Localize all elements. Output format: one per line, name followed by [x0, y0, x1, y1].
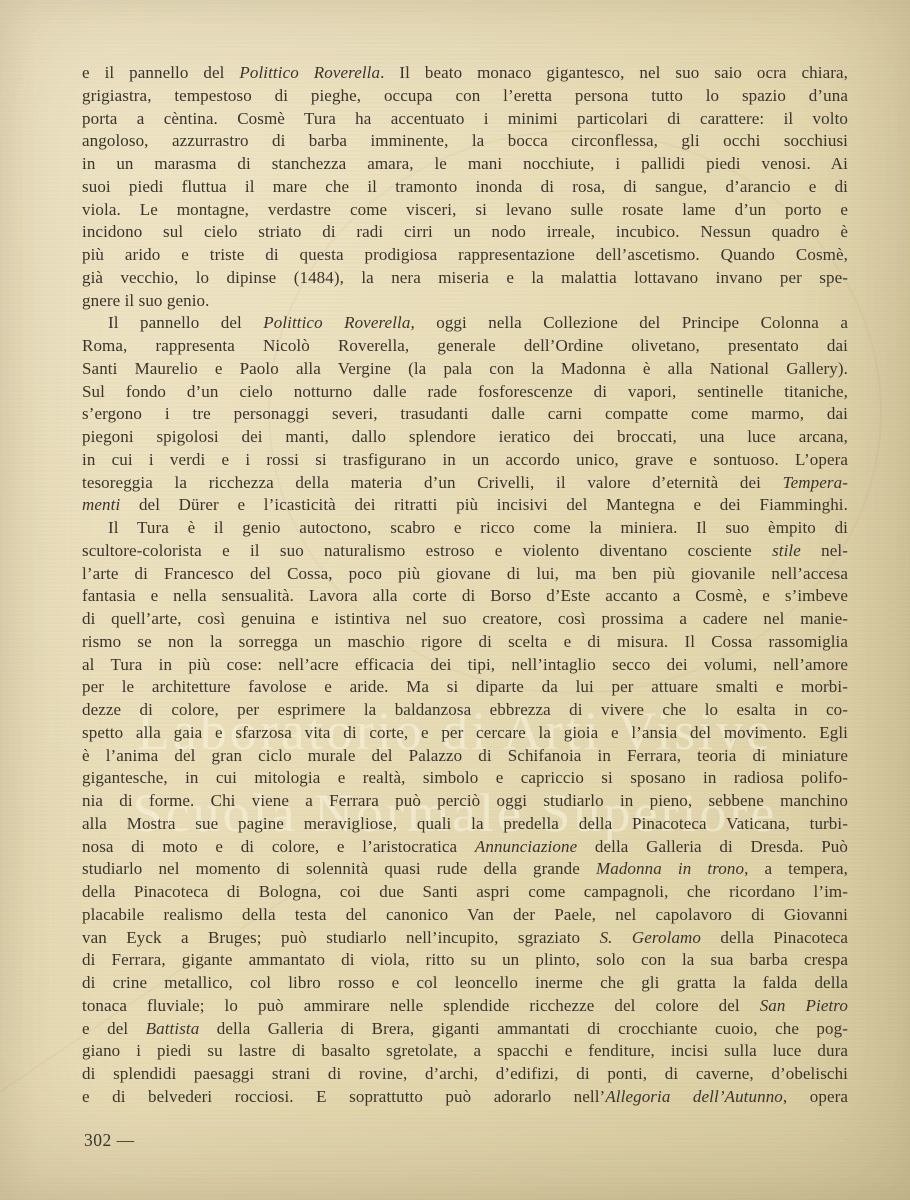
- text-line: già vecchio, lo dipinse (1484), la nera …: [82, 267, 848, 290]
- text-line: di Ferrara, gigante ammantato di viola, …: [82, 949, 848, 972]
- text-line: tonaca fluviale; lo può ammirare nelle s…: [82, 995, 848, 1018]
- text-line: studiarlo nel momento di solennità quasi…: [82, 858, 848, 881]
- text-line: Santi Maurelio e Paolo alla Vergine (la …: [82, 358, 848, 381]
- text-line: alla Mostra sue pagine meravigliose, qua…: [82, 813, 848, 836]
- text-line: di quell’arte, così genuina e istintiva …: [82, 608, 848, 631]
- text-line: Il pannello del Polittico Roverella, ogg…: [82, 312, 848, 335]
- text-line: scultore-colorista e il suo naturalismo …: [82, 540, 848, 563]
- body-text: e il pannello del Polittico Roverella. I…: [82, 62, 848, 1109]
- text-line: menti del Dürer e l’icasticità dei ritra…: [82, 494, 848, 517]
- text-line: giano i piedi su lastre di basalto sgret…: [82, 1040, 848, 1063]
- text-line: spetto alla gaia e sfarzosa vita di cort…: [82, 722, 848, 745]
- text-line: di splendidi paesaggi strani di rovine, …: [82, 1063, 848, 1086]
- text-line: tesoreggia la ricchezza della materia d’…: [82, 472, 848, 495]
- text-line: rismo se non la sorregga un maschio rigo…: [82, 631, 848, 654]
- text-line: Roma, rappresenta Nicolò Roverella, gene…: [82, 335, 848, 358]
- text-line: l’arte di Francesco del Cossa, poco più …: [82, 563, 848, 586]
- text-line: fantasia e nella sensualità. Lavora alla…: [82, 585, 848, 608]
- text-line: per le architetture favolose e aride. Ma…: [82, 676, 848, 699]
- text-line: van Eyck a Bruges; può studiarlo nell’in…: [82, 927, 848, 950]
- text-line: nia di forme. Chi viene a Ferrara può pe…: [82, 790, 848, 813]
- text-line: al Tura in più cose: nell’acre efficacia…: [82, 654, 848, 677]
- text-line: placabile realismo della testa del canon…: [82, 904, 848, 927]
- text-line: suoi piedi fluttua il mare che il tramon…: [82, 176, 848, 199]
- text-line: e di belvederi rocciosi. E soprattutto p…: [82, 1086, 848, 1109]
- text-line: incidono sul cielo striato di radi cirri…: [82, 221, 848, 244]
- page-number: 302 —: [84, 1130, 135, 1151]
- text-line: e il pannello del Polittico Roverella. I…: [82, 62, 848, 85]
- text-line: porta a cèntina. Cosmè Tura ha accentuat…: [82, 108, 848, 131]
- text-line: piegoni spigolosi dei manti, dallo splen…: [82, 426, 848, 449]
- text-line: viola. Le montagne, verdastre come visce…: [82, 199, 848, 222]
- text-line: grigiastra, tempestoso di pieghe, occupa…: [82, 85, 848, 108]
- text-line: Il Tura è il genio autoctono, scabro e r…: [82, 517, 848, 540]
- text-line: s’ergono i tre personaggi severi, trasud…: [82, 403, 848, 426]
- text-line: Sul fondo d’un cielo notturno dalle rade…: [82, 381, 848, 404]
- text-line: nosa di moto e di colore, e l’aristocrat…: [82, 836, 848, 859]
- text-line: in cui i verdi e i rossi si trasfigurano…: [82, 449, 848, 472]
- text-line: gnere il suo genio.: [82, 290, 848, 313]
- text-line: della Pinacoteca di Bologna, coi due San…: [82, 881, 848, 904]
- text-line: dezze di colore, per esprimere la baldan…: [82, 699, 848, 722]
- text-line: è l’anima del gran ciclo murale del Pala…: [82, 745, 848, 768]
- text-line: e del Battista della Galleria di Brera, …: [82, 1018, 848, 1041]
- scanned-book-page: Laboratorio di Arti Visive Scuola Normal…: [0, 0, 910, 1200]
- text-line: di crine metallico, col libro rosso e co…: [82, 972, 848, 995]
- text-line: gigantesche, in cui mitologia e realtà, …: [82, 767, 848, 790]
- text-line: in un marasma di stanchezza amara, le ma…: [82, 153, 848, 176]
- text-line: più arido e triste di questa prodigiosa …: [82, 244, 848, 267]
- text-line: angoloso, azzurrastro di barba imminente…: [82, 130, 848, 153]
